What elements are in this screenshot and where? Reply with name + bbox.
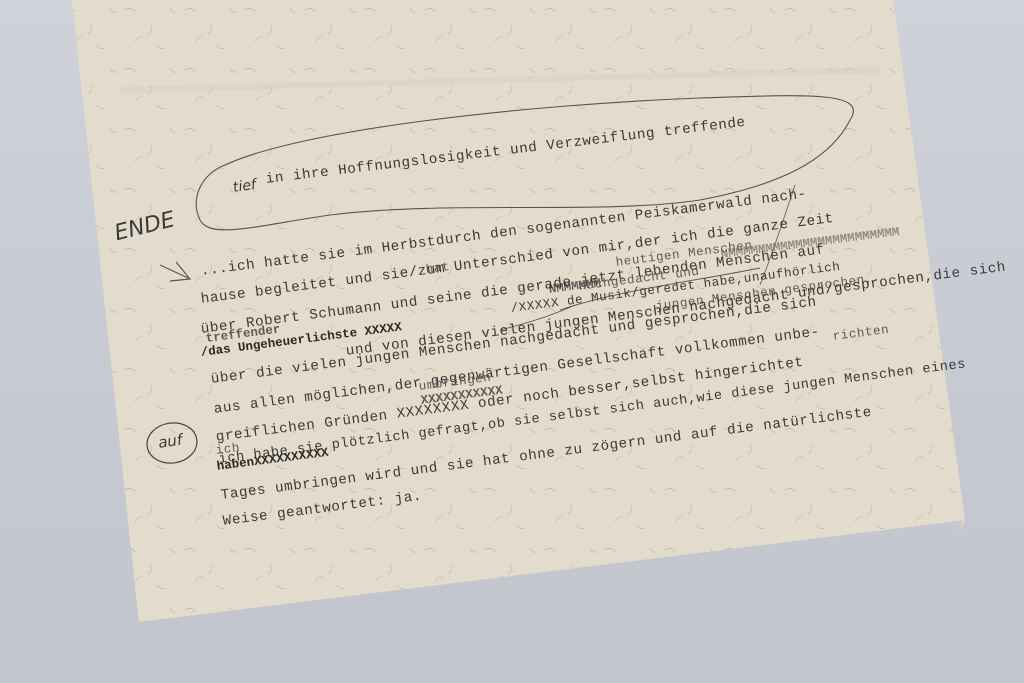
manuscript-sheet: ENDE auf tief in ihre Hoffnungslosigkeit… [0, 0, 1024, 683]
paper-shape [0, 0, 1024, 683]
